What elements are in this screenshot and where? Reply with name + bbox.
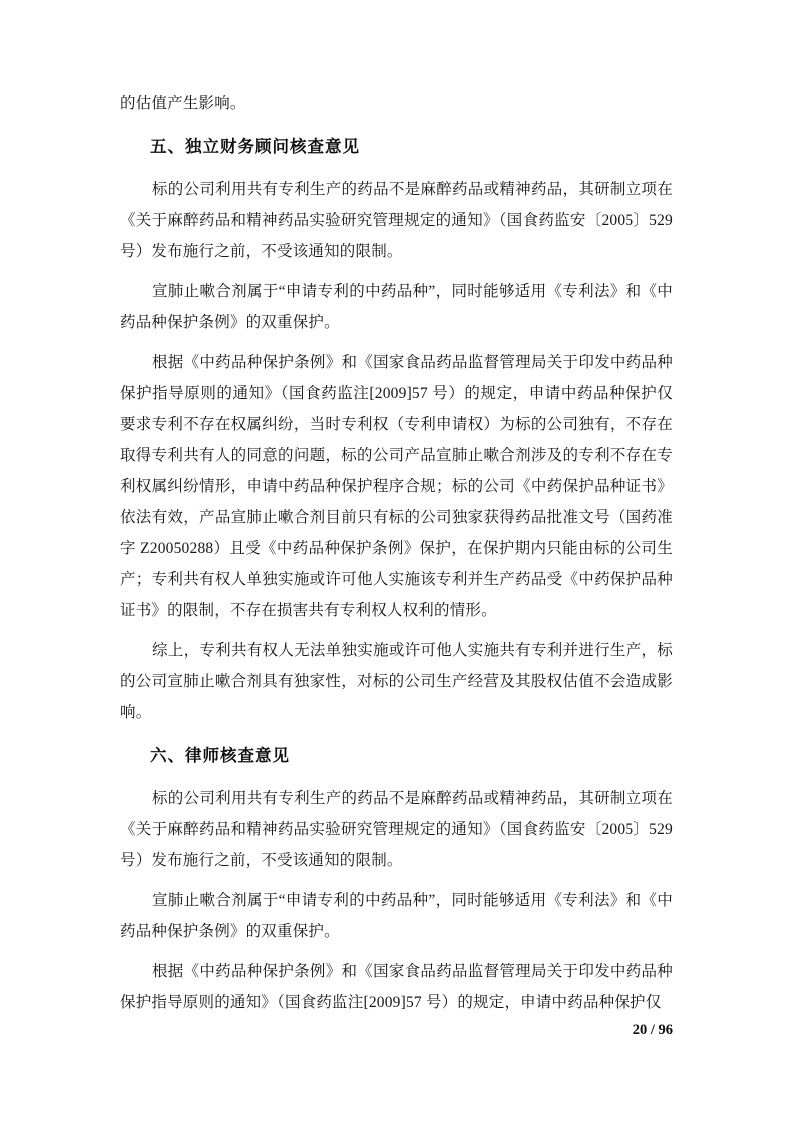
text-line: 保护指导原则的通知》（国食药监注[2009]57 号）的规定，申请中药品种保护仅 [120, 378, 673, 409]
text-line: 《关于麻醉药品和精神药品实验研究管理规定的通知》（国食药监安〔2005〕529 [120, 205, 673, 236]
section-heading: 六、律师核查意见 [120, 740, 673, 771]
paragraph: 宣肺止嗽合剂属于“申请专利的中药品种”，同时能够适用《专利法》和《中药品种保护条… [120, 885, 673, 947]
text-line: 综上，专利共有权人无法单独实施或许可他人实施共有专利并进行生产，标 [120, 635, 673, 666]
text-line: 标的公司利用共有专利生产的药品不是麻醉药品或精神药品，其研制立项在 [120, 174, 673, 205]
text-line: 响。 [120, 697, 673, 728]
page-footer: 20 / 96 [120, 1020, 673, 1040]
text-line: 《关于麻醉药品和精神药品实验研究管理规定的通知》（国食药监安〔2005〕529 [120, 814, 673, 845]
text-line: 药品种保护条例》的双重保护。 [120, 307, 673, 338]
text-line: 证书》的限制，不存在损害共有专利权人权利的情形。 [120, 595, 673, 626]
text-line: 药品种保护条例》的双重保护。 [120, 916, 673, 947]
paragraph: 根据《中药品种保护条例》和《国家食品药品监督管理局关于印发中药品种保护指导原则的… [120, 347, 673, 626]
text-line: 根据《中药品种保护条例》和《国家食品药品监督管理局关于印发中药品种 [120, 347, 673, 378]
text-line: 的公司宣肺止嗽合剂具有独家性，对标的公司生产经营及其股权估值不会造成影 [120, 666, 673, 697]
text-line: 字 Z20050288）且受《中药品种保护条例》保护，在保护期内只能由标的公司生 [120, 533, 673, 564]
paragraph: 标的公司利用共有专利生产的药品不是麻醉药品或精神药品，其研制立项在《关于麻醉药品… [120, 783, 673, 876]
document-body: 的估值产生影响。五、独立财务顾问核查意见标的公司利用共有专利生产的药品不是麻醉药… [120, 88, 673, 1018]
text-line: 要求专利不存在权属纠纷，当时专利权（专利申请权）为标的公司独有，不存在 [120, 409, 673, 440]
paragraph: 根据《中药品种保护条例》和《国家食品药品监督管理局关于印发中药品种保护指导原则的… [120, 956, 673, 1018]
text-line: 产；专利共有权人单独实施或许可他人实施该专利并生产药品受《中药保护品种 [120, 564, 673, 595]
text-line: 标的公司利用共有专利生产的药品不是麻醉药品或精神药品，其研制立项在 [120, 783, 673, 814]
text-line: 号）发布施行之前，不受该通知的限制。 [120, 845, 673, 876]
document-page: 的估值产生影响。五、独立财务顾问核查意见标的公司利用共有专利生产的药品不是麻醉药… [0, 0, 793, 1122]
page-number: 20 / 96 [633, 1022, 673, 1038]
text-line: 根据《中药品种保护条例》和《国家食品药品监督管理局关于印发中药品种 [120, 956, 673, 987]
text-line: 取得专利共有人的同意的问题，标的公司产品宣肺止嗽合剂涉及的专利不存在专 [120, 440, 673, 471]
paragraph: 宣肺止嗽合剂属于“申请专利的中药品种”，同时能够适用《专利法》和《中药品种保护条… [120, 276, 673, 338]
paragraph: 综上，专利共有权人无法单独实施或许可他人实施共有专利并进行生产，标的公司宣肺止嗽… [120, 635, 673, 728]
text-line: 宣肺止嗽合剂属于“申请专利的中药品种”，同时能够适用《专利法》和《中 [120, 885, 673, 916]
text-line: 宣肺止嗽合剂属于“申请专利的中药品种”，同时能够适用《专利法》和《中 [120, 276, 673, 307]
text-line: 依法有效，产品宣肺止嗽合剂目前只有标的公司独家获得药品批准文号（国药准 [120, 502, 673, 533]
paragraph: 标的公司利用共有专利生产的药品不是麻醉药品或精神药品，其研制立项在《关于麻醉药品… [120, 174, 673, 267]
text-line: 保护指导原则的通知》（国食药监注[2009]57 号）的规定，申请中药品种保护仅 [120, 987, 673, 1018]
paragraph: 的估值产生影响。 [120, 88, 673, 119]
text-line: 号）发布施行之前，不受该通知的限制。 [120, 236, 673, 267]
section-heading: 五、独立财务顾问核查意见 [120, 131, 673, 162]
text-line: 利权属纠纷情形，申请中药品种保护程序合规；标的公司《中药保护品种证书》 [120, 471, 673, 502]
text-line: 的估值产生影响。 [120, 88, 673, 119]
